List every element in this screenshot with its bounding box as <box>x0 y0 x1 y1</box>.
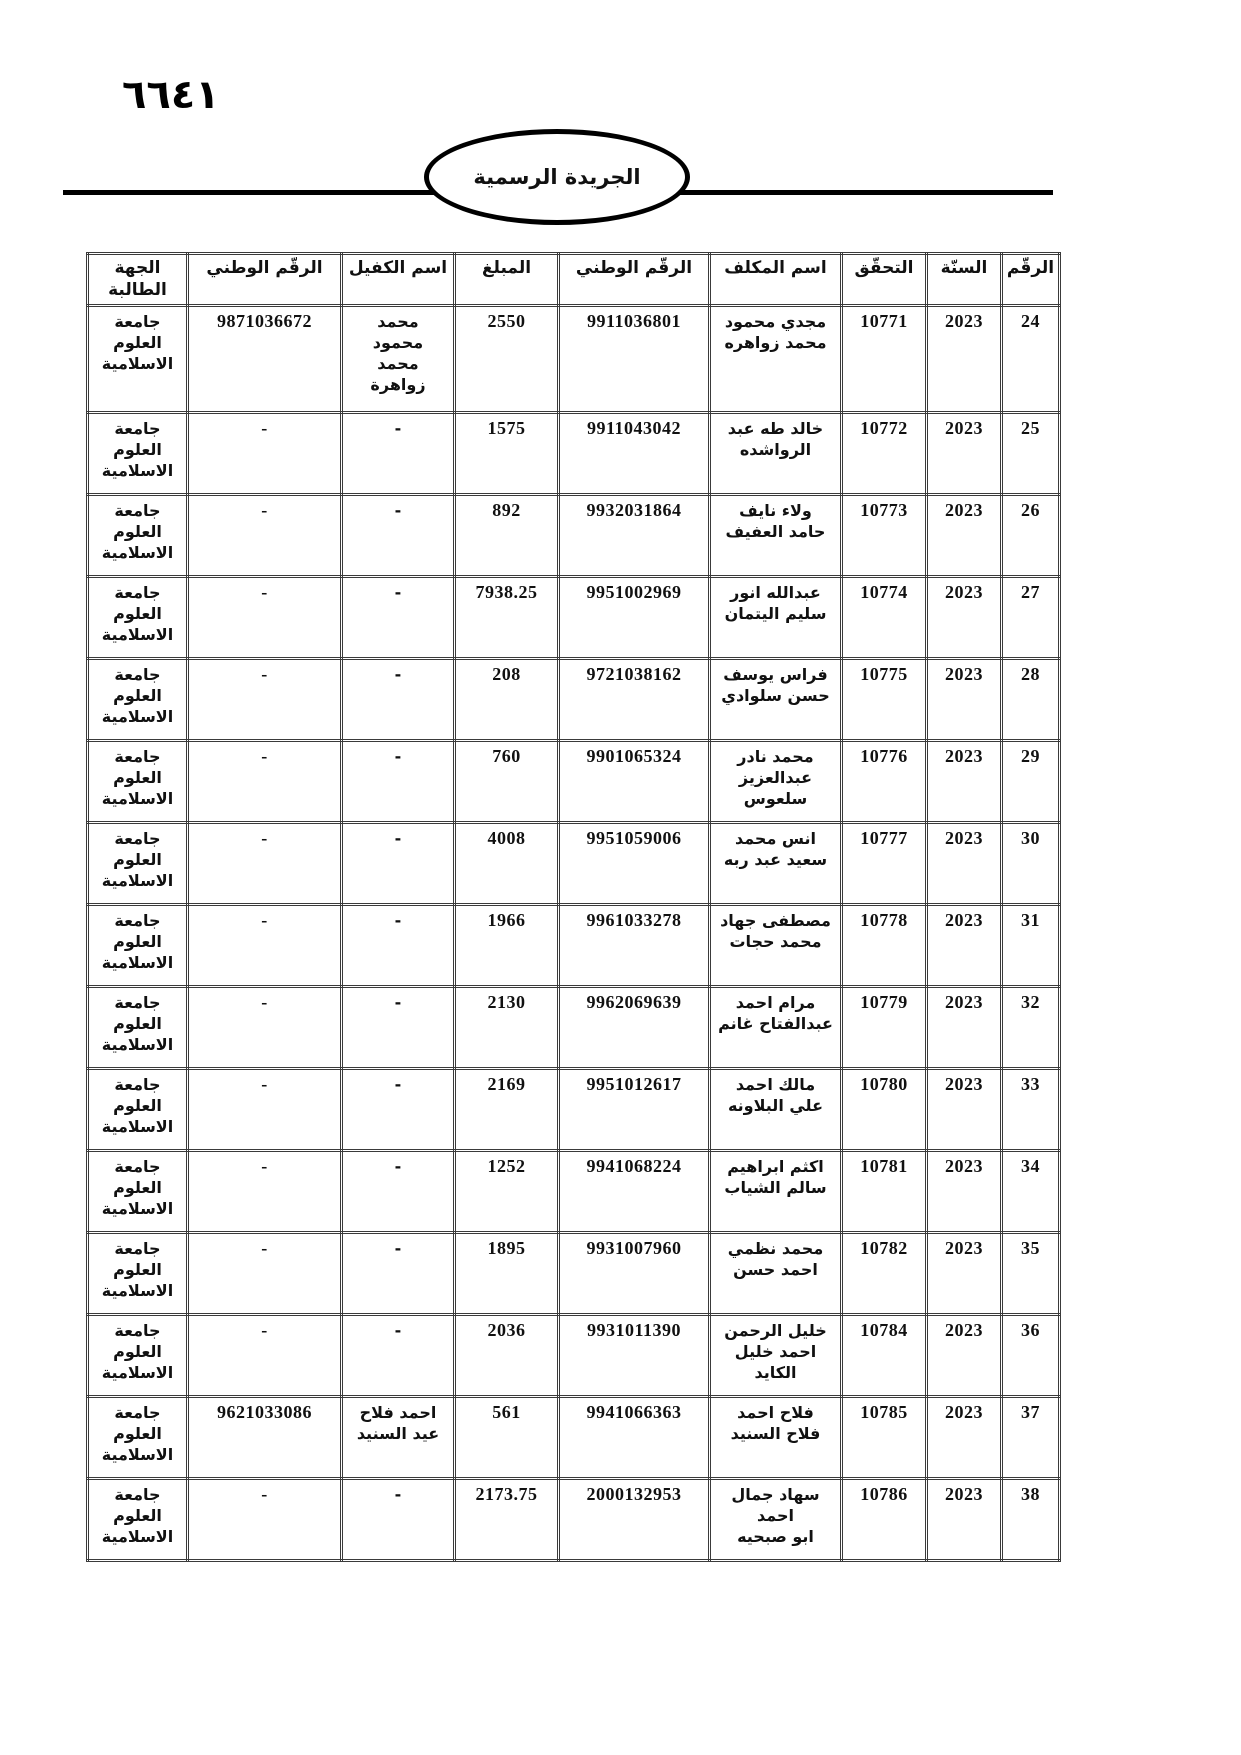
table-body: 24202310771مجدي محمود محمد زواهره9911036… <box>88 306 1060 1561</box>
cell-amount: 2550 <box>455 306 559 413</box>
cell-num: 34 <box>1002 1151 1060 1233</box>
table-row: 28202310775فراس يوسف حسن سلوادي972103816… <box>88 659 1060 741</box>
cell-amount: 208 <box>455 659 559 741</box>
cell-year: 2023 <box>927 741 1002 823</box>
taxpayers-table: الرقّمالسنّةالتحقّقاسم المكلفالرقّم الوط… <box>86 252 1061 1562</box>
cell-taxpayer_name: انس محمد سعيد عبد ربه <box>710 823 842 905</box>
cell-taxpayer_name: اكثم ابراهيم سالم الشياب <box>710 1151 842 1233</box>
table-row: 36202310784خليل الرحمن احمد خليل الكايد9… <box>88 1315 1060 1397</box>
cell-taxpayer_national_id: 9951012617 <box>559 1069 710 1151</box>
cell-amount: 2173.75 <box>455 1479 559 1561</box>
cell-taxpayer_national_id: 9941066363 <box>559 1397 710 1479</box>
table-row: 33202310780مالك احمد علي البلاونه9951012… <box>88 1069 1060 1151</box>
cell-amount: 892 <box>455 495 559 577</box>
cell-amount: 2036 <box>455 1315 559 1397</box>
cell-guarantor_name: - <box>342 905 455 987</box>
cell-num: 28 <box>1002 659 1060 741</box>
cell-requesting_entity: جامعة العلوم الاسلامية <box>88 987 188 1069</box>
cell-requesting_entity: جامعة العلوم الاسلامية <box>88 1315 188 1397</box>
cell-guarantor_name: - <box>342 495 455 577</box>
cell-num: 36 <box>1002 1315 1060 1397</box>
cell-guarantor_national_id: - <box>188 1479 342 1561</box>
table-row: 31202310778مصطفى جهاد محمد حجات996103327… <box>88 905 1060 987</box>
cell-guarantor_national_id: - <box>188 1315 342 1397</box>
cell-requesting_entity: جامعة العلوم الاسلامية <box>88 659 188 741</box>
gazette-title-ellipse: الجريدة الرسمية <box>424 129 690 225</box>
cell-amount: 2169 <box>455 1069 559 1151</box>
cell-taxpayer_national_id: 9911036801 <box>559 306 710 413</box>
cell-guarantor_national_id: - <box>188 413 342 495</box>
cell-verify: 10773 <box>842 495 927 577</box>
cell-guarantor_name: - <box>342 1315 455 1397</box>
column-header-num: الرقّم <box>1002 254 1060 306</box>
cell-guarantor_name: - <box>342 1069 455 1151</box>
cell-amount: 561 <box>455 1397 559 1479</box>
cell-amount: 1966 <box>455 905 559 987</box>
cell-guarantor_national_id: - <box>188 1069 342 1151</box>
cell-guarantor_name: - <box>342 823 455 905</box>
cell-amount: 7938.25 <box>455 577 559 659</box>
cell-year: 2023 <box>927 659 1002 741</box>
table-row: 24202310771مجدي محمود محمد زواهره9911036… <box>88 306 1060 413</box>
cell-year: 2023 <box>927 823 1002 905</box>
table-row: 29202310776محمد نادر عبدالعزيز سلعوس9901… <box>88 741 1060 823</box>
cell-requesting_entity: جامعة العلوم الاسلامية <box>88 741 188 823</box>
cell-verify: 10784 <box>842 1315 927 1397</box>
cell-guarantor_national_id: - <box>188 659 342 741</box>
cell-num: 38 <box>1002 1479 1060 1561</box>
cell-guarantor_national_id: 9871036672 <box>188 306 342 413</box>
gazette-title: الجريدة الرسمية <box>473 165 640 189</box>
column-header-taxpayer_name: اسم المكلف <box>710 254 842 306</box>
cell-guarantor_national_id: - <box>188 741 342 823</box>
cell-guarantor_name: - <box>342 577 455 659</box>
cell-guarantor_name: احمد فلاح عيد السنيد <box>342 1397 455 1479</box>
column-header-requesting_entity: الجهة الطالبة <box>88 254 188 306</box>
gazette-page: ٦٦٤١ الجريدة الرسمية الرقّمالسنّةالتحقّق… <box>0 0 1241 1755</box>
cell-taxpayer_national_id: 9932031864 <box>559 495 710 577</box>
table-row: 37202310785فلاح احمد فلاح السنيد99410663… <box>88 1397 1060 1479</box>
cell-taxpayer_national_id: 9931011390 <box>559 1315 710 1397</box>
cell-amount: 4008 <box>455 823 559 905</box>
cell-amount: 760 <box>455 741 559 823</box>
cell-guarantor_national_id: - <box>188 905 342 987</box>
cell-num: 32 <box>1002 987 1060 1069</box>
cell-requesting_entity: جامعة العلوم الاسلامية <box>88 1397 188 1479</box>
cell-taxpayer_national_id: 9931007960 <box>559 1233 710 1315</box>
cell-year: 2023 <box>927 1233 1002 1315</box>
cell-amount: 2130 <box>455 987 559 1069</box>
cell-taxpayer_national_id: 9721038162 <box>559 659 710 741</box>
cell-guarantor_national_id: 9621033086 <box>188 1397 342 1479</box>
cell-num: 30 <box>1002 823 1060 905</box>
cell-requesting_entity: جامعة العلوم الاسلامية <box>88 577 188 659</box>
cell-verify: 10780 <box>842 1069 927 1151</box>
cell-num: 25 <box>1002 413 1060 495</box>
table-row: 38202310786سهاد جمال احمد ابو صبحيه20001… <box>88 1479 1060 1561</box>
cell-verify: 10781 <box>842 1151 927 1233</box>
cell-year: 2023 <box>927 987 1002 1069</box>
cell-guarantor_name: - <box>342 1479 455 1561</box>
cell-verify: 10775 <box>842 659 927 741</box>
table-row: 30202310777انس محمد سعيد عبد ربه99510590… <box>88 823 1060 905</box>
cell-year: 2023 <box>927 1151 1002 1233</box>
cell-requesting_entity: جامعة العلوم الاسلامية <box>88 495 188 577</box>
cell-year: 2023 <box>927 1479 1002 1561</box>
cell-taxpayer_national_id: 9911043042 <box>559 413 710 495</box>
cell-taxpayer_name: محمد نادر عبدالعزيز سلعوس <box>710 741 842 823</box>
cell-taxpayer_name: خليل الرحمن احمد خليل الكايد <box>710 1315 842 1397</box>
cell-taxpayer_name: سهاد جمال احمد ابو صبحيه <box>710 1479 842 1561</box>
cell-taxpayer_name: مصطفى جهاد محمد حجات <box>710 905 842 987</box>
cell-guarantor_national_id: - <box>188 823 342 905</box>
cell-amount: 1252 <box>455 1151 559 1233</box>
table-row: 34202310781اكثم ابراهيم سالم الشياب99410… <box>88 1151 1060 1233</box>
cell-verify: 10779 <box>842 987 927 1069</box>
cell-num: 29 <box>1002 741 1060 823</box>
cell-guarantor_national_id: - <box>188 1233 342 1315</box>
table-row: 25202310772خالد طه عبد الرواشده991104304… <box>88 413 1060 495</box>
cell-requesting_entity: جامعة العلوم الاسلامية <box>88 905 188 987</box>
table-row: 26202310773ولاء نايف حامد العفيف99320318… <box>88 495 1060 577</box>
cell-amount: 1895 <box>455 1233 559 1315</box>
cell-num: 31 <box>1002 905 1060 987</box>
cell-year: 2023 <box>927 306 1002 413</box>
cell-year: 2023 <box>927 495 1002 577</box>
cell-guarantor_name: محمد محمود محمد زواهرة <box>342 306 455 413</box>
cell-taxpayer_name: فراس يوسف حسن سلوادي <box>710 659 842 741</box>
cell-requesting_entity: جامعة العلوم الاسلامية <box>88 823 188 905</box>
cell-year: 2023 <box>927 1315 1002 1397</box>
cell-taxpayer_national_id: 9951059006 <box>559 823 710 905</box>
cell-verify: 10777 <box>842 823 927 905</box>
column-header-guarantor_national_id: الرقّم الوطني <box>188 254 342 306</box>
cell-year: 2023 <box>927 577 1002 659</box>
cell-amount: 1575 <box>455 413 559 495</box>
column-header-year: السنّة <box>927 254 1002 306</box>
column-header-guarantor_name: اسم الكفيل <box>342 254 455 306</box>
cell-taxpayer_national_id: 9951002969 <box>559 577 710 659</box>
table-row: 32202310779مرام احمد عبدالفتاح غانم99620… <box>88 987 1060 1069</box>
table-row: 27202310774عبدالله انور سليم اليتمان9951… <box>88 577 1060 659</box>
column-header-amount: المبلغ <box>455 254 559 306</box>
cell-taxpayer_national_id: 9941068224 <box>559 1151 710 1233</box>
page-number: ٦٦٤١ <box>122 72 220 118</box>
cell-guarantor_name: - <box>342 741 455 823</box>
cell-requesting_entity: جامعة العلوم الاسلامية <box>88 413 188 495</box>
cell-num: 33 <box>1002 1069 1060 1151</box>
cell-verify: 10771 <box>842 306 927 413</box>
cell-requesting_entity: جامعة العلوم الاسلامية <box>88 1479 188 1561</box>
cell-year: 2023 <box>927 1397 1002 1479</box>
cell-num: 26 <box>1002 495 1060 577</box>
cell-verify: 10785 <box>842 1397 927 1479</box>
table-row: 35202310782محمد نظمي احمد حسن99310079601… <box>88 1233 1060 1315</box>
cell-requesting_entity: جامعة العلوم الاسلامية <box>88 306 188 413</box>
cell-verify: 10778 <box>842 905 927 987</box>
column-header-taxpayer_national_id: الرقّم الوطني <box>559 254 710 306</box>
cell-guarantor_name: - <box>342 1233 455 1315</box>
cell-guarantor_national_id: - <box>188 495 342 577</box>
cell-num: 37 <box>1002 1397 1060 1479</box>
cell-taxpayer_name: مرام احمد عبدالفتاح غانم <box>710 987 842 1069</box>
cell-requesting_entity: جامعة العلوم الاسلامية <box>88 1069 188 1151</box>
cell-requesting_entity: جامعة العلوم الاسلامية <box>88 1233 188 1315</box>
cell-year: 2023 <box>927 905 1002 987</box>
cell-taxpayer_national_id: 2000132953 <box>559 1479 710 1561</box>
cell-guarantor_national_id: - <box>188 577 342 659</box>
cell-num: 35 <box>1002 1233 1060 1315</box>
cell-taxpayer_name: فلاح احمد فلاح السنيد <box>710 1397 842 1479</box>
cell-guarantor_national_id: - <box>188 1151 342 1233</box>
cell-verify: 10776 <box>842 741 927 823</box>
cell-taxpayer_name: عبدالله انور سليم اليتمان <box>710 577 842 659</box>
cell-taxpayer_national_id: 9901065324 <box>559 741 710 823</box>
cell-taxpayer_name: مجدي محمود محمد زواهره <box>710 306 842 413</box>
cell-guarantor_national_id: - <box>188 987 342 1069</box>
cell-verify: 10774 <box>842 577 927 659</box>
cell-num: 24 <box>1002 306 1060 413</box>
cell-verify: 10786 <box>842 1479 927 1561</box>
cell-requesting_entity: جامعة العلوم الاسلامية <box>88 1151 188 1233</box>
cell-taxpayer_national_id: 9962069639 <box>559 987 710 1069</box>
cell-taxpayer_name: خالد طه عبد الرواشده <box>710 413 842 495</box>
cell-guarantor_name: - <box>342 1151 455 1233</box>
cell-num: 27 <box>1002 577 1060 659</box>
cell-taxpayer_name: مالك احمد علي البلاونه <box>710 1069 842 1151</box>
cell-guarantor_name: - <box>342 659 455 741</box>
column-header-verify: التحقّق <box>842 254 927 306</box>
cell-taxpayer_national_id: 9961033278 <box>559 905 710 987</box>
cell-year: 2023 <box>927 1069 1002 1151</box>
cell-taxpayer_name: ولاء نايف حامد العفيف <box>710 495 842 577</box>
cell-guarantor_name: - <box>342 413 455 495</box>
cell-taxpayer_name: محمد نظمي احمد حسن <box>710 1233 842 1315</box>
cell-year: 2023 <box>927 413 1002 495</box>
cell-verify: 10772 <box>842 413 927 495</box>
cell-guarantor_name: - <box>342 987 455 1069</box>
cell-verify: 10782 <box>842 1233 927 1315</box>
header-row: الرقّمالسنّةالتحقّقاسم المكلفالرقّم الوط… <box>88 254 1060 306</box>
